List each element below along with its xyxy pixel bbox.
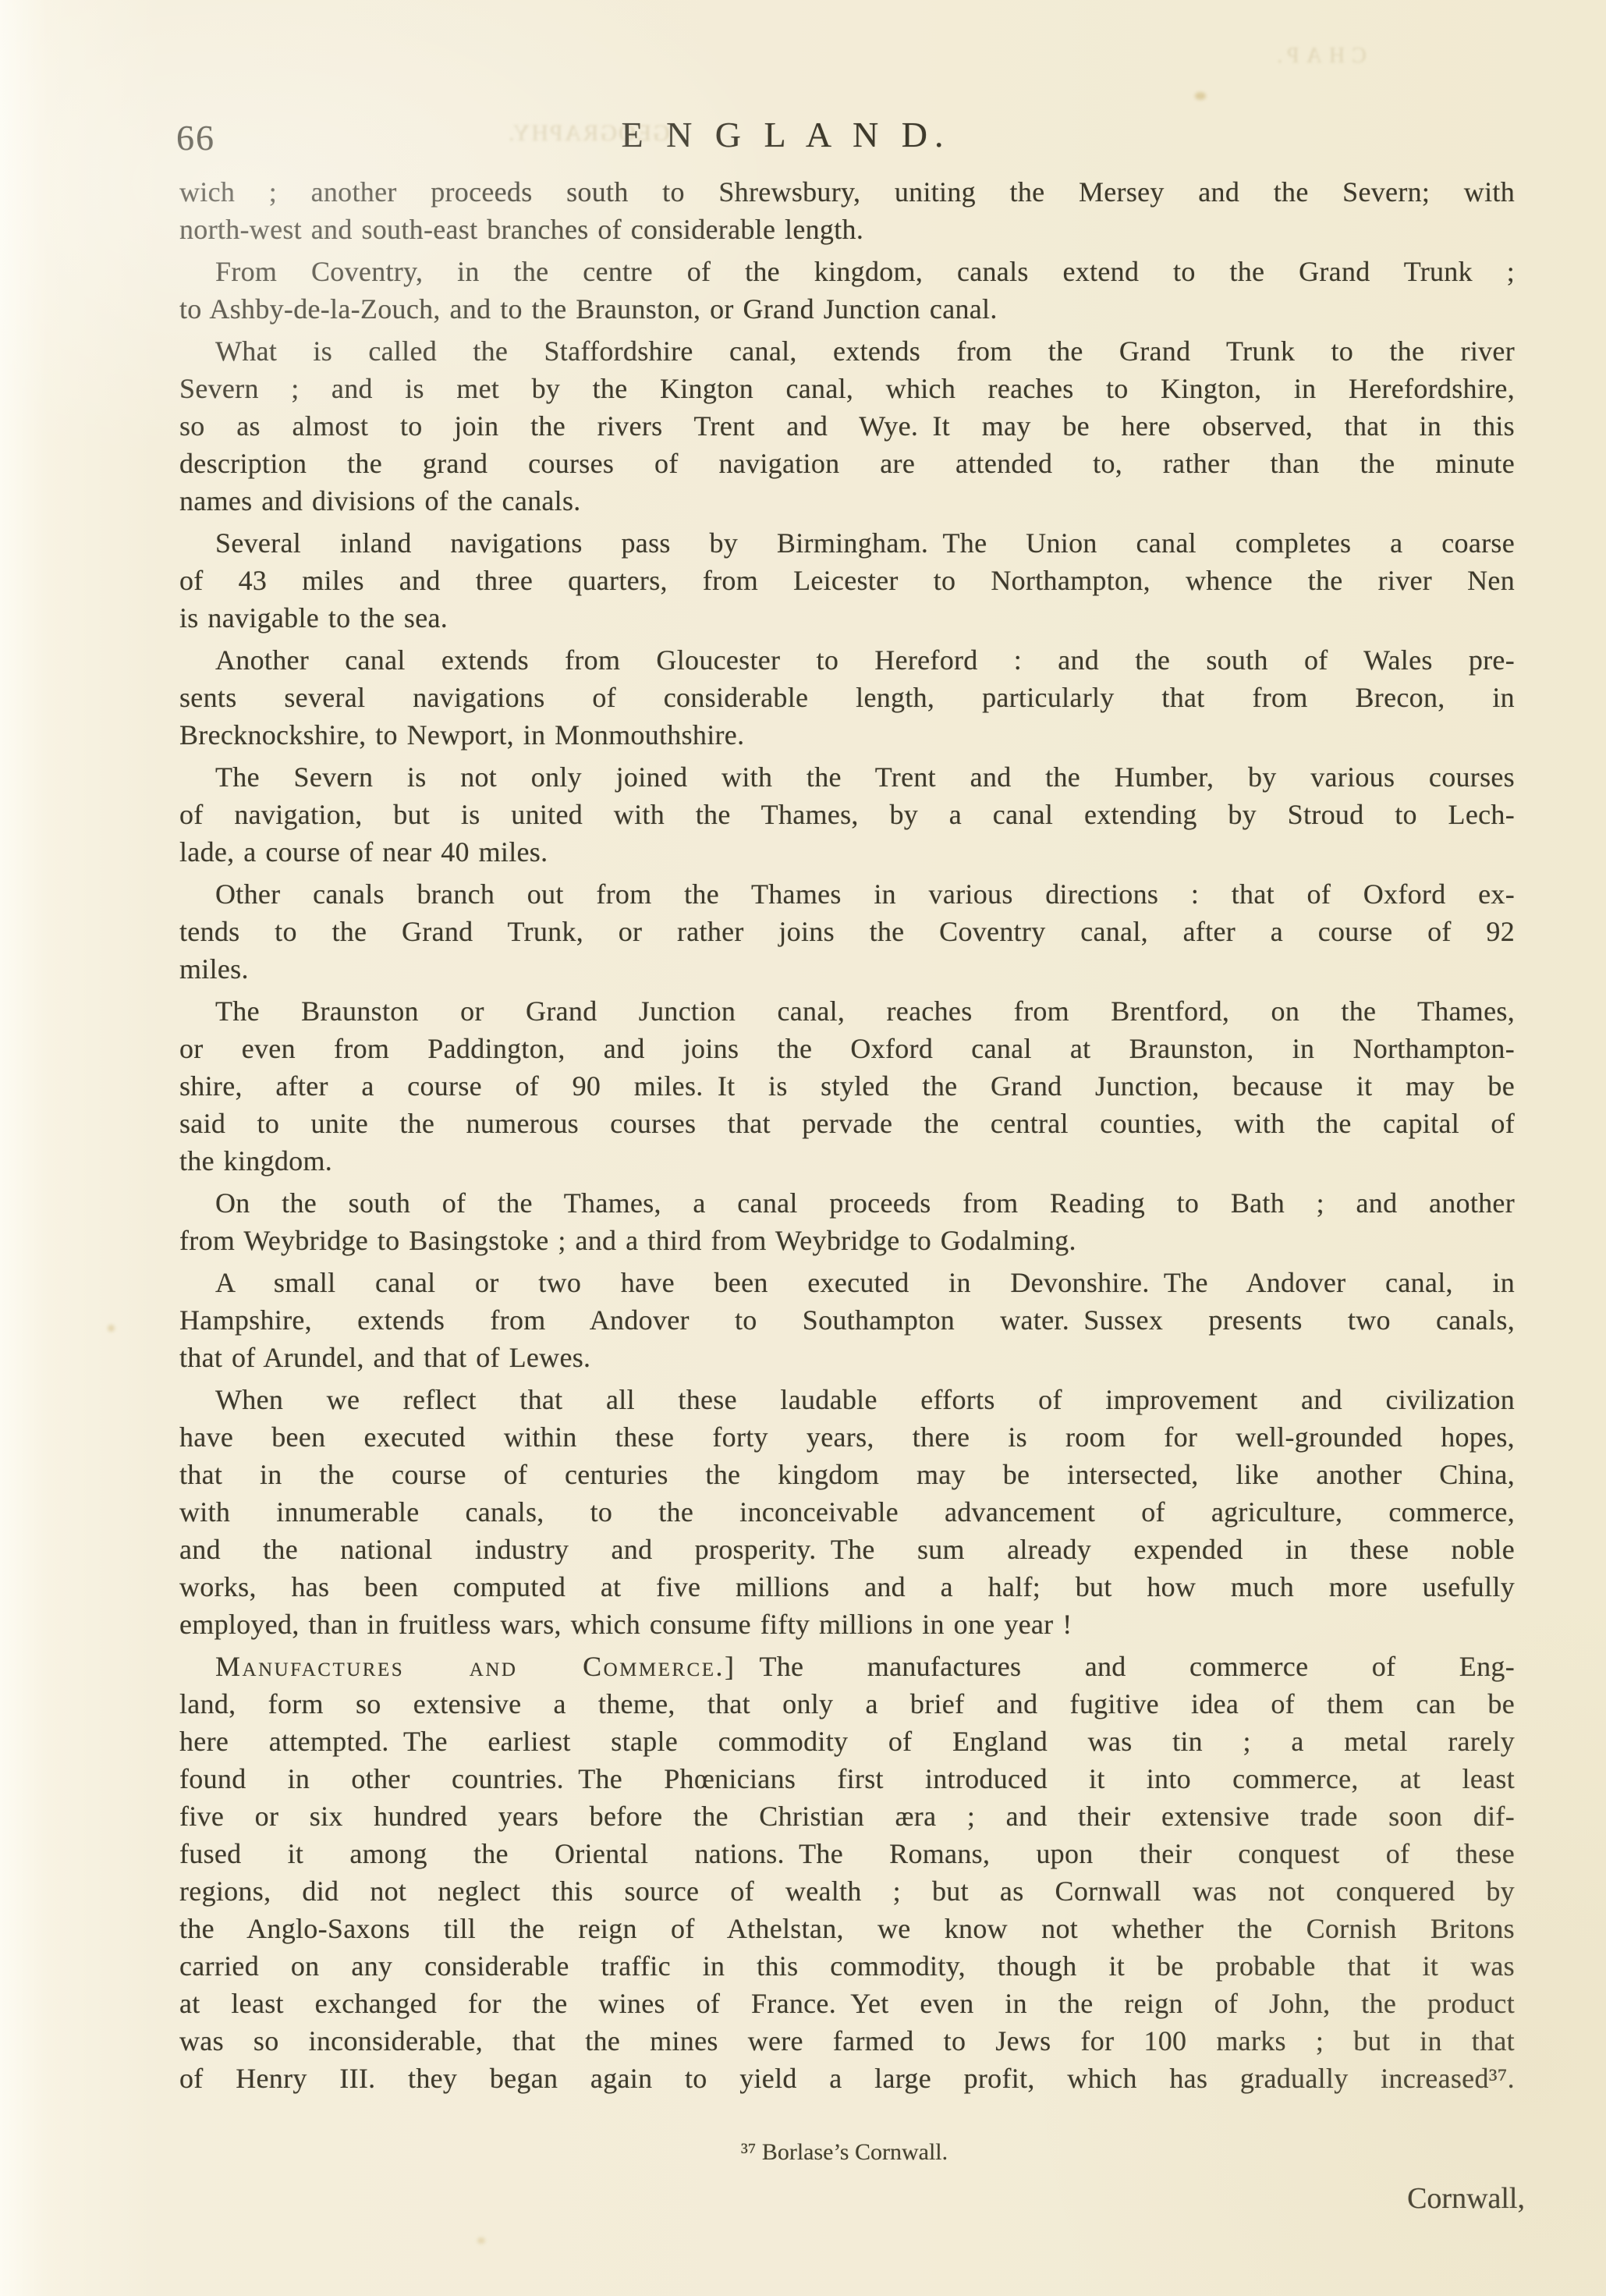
text-line: A small canal or two have been executed … bbox=[179, 1264, 1515, 1301]
page-body: wich ; another proceeds south to Shrewsb… bbox=[179, 173, 1515, 2102]
text-line: sents several navigations of considerabl… bbox=[179, 679, 1515, 716]
bleedthrough-text: CHAP. bbox=[1115, 44, 1521, 69]
text-line: of Henry III. they began again to yield … bbox=[179, 2060, 1515, 2097]
text-line: fused it among the Oriental nations. The… bbox=[179, 1835, 1515, 1872]
footnote: ³⁷ Borlase’s Cornwall. bbox=[0, 2139, 1606, 2166]
text-line: here attempted. The earliest staple comm… bbox=[179, 1723, 1515, 1760]
text-line: works, has been computed at five million… bbox=[179, 1568, 1515, 1606]
text-line: From Coventry, in the centre of the king… bbox=[179, 253, 1515, 290]
text-line: Severn ; and is met by the Kington canal… bbox=[179, 370, 1515, 407]
running-title: E N G L A N D. bbox=[621, 115, 950, 154]
text-line: Brecknockshire, to Newport, in Monmouths… bbox=[179, 716, 1515, 754]
text-line: employed, than in fruitless wars, which … bbox=[179, 1606, 1515, 1643]
text-line: from Weybridge to Basingstoke ; and a th… bbox=[179, 1222, 1515, 1259]
text-line: shire, after a course of 90 miles. It is… bbox=[179, 1067, 1515, 1105]
text-line: or even from Paddington, and joins the O… bbox=[179, 1030, 1515, 1067]
text-line: north-west and south-east branches of co… bbox=[179, 211, 1515, 248]
text-line: was so inconsiderable, that the mines we… bbox=[179, 2022, 1515, 2060]
text-line: Other canals branch out from the Thames … bbox=[179, 875, 1515, 913]
paragraph: A small canal or two have been executed … bbox=[179, 1264, 1515, 1376]
paragraph: Several inland navigations pass by Birmi… bbox=[179, 524, 1515, 637]
text-line: Manufactures and Commerce.]The manufactu… bbox=[179, 1648, 1515, 1685]
text-line: The Severn is not only joined with the T… bbox=[179, 758, 1515, 796]
text-line: carried on any considerable traffic in t… bbox=[179, 1947, 1515, 1985]
text-line: is navigable to the sea. bbox=[179, 599, 1515, 637]
text-line: found in other countries. The Phœnicians… bbox=[179, 1760, 1515, 1797]
text-line: miles. bbox=[179, 950, 1515, 988]
text-line: description the grand courses of navigat… bbox=[179, 445, 1515, 482]
paragraph: The Braunston or Grand Junction canal, r… bbox=[179, 992, 1515, 1180]
text-line: that of Arundel, and that of Lewes. bbox=[179, 1339, 1515, 1376]
text-line: On the south of the Thames, a canal proc… bbox=[179, 1184, 1515, 1222]
text-line: The Braunston or Grand Junction canal, r… bbox=[179, 992, 1515, 1030]
paragraph: wich ; another proceeds south to Shrewsb… bbox=[179, 173, 1515, 248]
text-line: of navigation, but is united with the Th… bbox=[179, 796, 1515, 833]
text-line: When we reflect that all these laudable … bbox=[179, 1381, 1515, 1418]
text-line: names and divisions of the canals. bbox=[179, 482, 1515, 520]
paragraph: What is called the Staffordshire canal, … bbox=[179, 332, 1515, 520]
text-run: The manufactures and commerce of Eng- bbox=[759, 1651, 1515, 1682]
paper-spot bbox=[108, 1325, 115, 1332]
text-line: that in the course of centuries the king… bbox=[179, 1456, 1515, 1493]
running-title-row: E N G L A N D. bbox=[0, 114, 1606, 155]
text-line: the kingdom. bbox=[179, 1142, 1515, 1180]
text-line: Another canal extends from Gloucester to… bbox=[179, 641, 1515, 679]
text-line: Several inland navigations pass by Birmi… bbox=[179, 524, 1515, 562]
catchword: Cornwall, bbox=[1407, 2181, 1525, 2216]
text-line: What is called the Staffordshire canal, … bbox=[179, 332, 1515, 370]
text-line: wich ; another proceeds south to Shrewsb… bbox=[179, 173, 1515, 211]
paragraph: The Severn is not only joined with the T… bbox=[179, 758, 1515, 871]
text-line: the Anglo-Saxons till the reign of Athel… bbox=[179, 1910, 1515, 1947]
text-line: and the national industry and prosperity… bbox=[179, 1531, 1515, 1568]
scanned-book-page: GEOGRAPHY. CHAP. 66 E N G L A N D. wich … bbox=[0, 0, 1606, 2296]
text-line: of 43 miles and three quarters, from Lei… bbox=[179, 562, 1515, 599]
text-line: have been executed within these forty ye… bbox=[179, 1418, 1515, 1456]
text-line: five or six hundred years before the Chr… bbox=[179, 1797, 1515, 1835]
paragraph: When we reflect that all these laudable … bbox=[179, 1381, 1515, 1643]
text-line: tends to the Grand Trunk, or rather join… bbox=[179, 913, 1515, 950]
paragraph: On the south of the Thames, a canal proc… bbox=[179, 1184, 1515, 1259]
section-heading: Manufactures and Commerce.] bbox=[215, 1651, 736, 1682]
text-line: with innumerable canals, to the inconcei… bbox=[179, 1493, 1515, 1531]
text-line: regions, did not neglect this source of … bbox=[179, 1872, 1515, 1910]
text-line: so as almost to join the rivers Trent an… bbox=[179, 407, 1515, 445]
text-line: at least exchanged for the wines of Fran… bbox=[179, 1985, 1515, 2022]
text-line: said to unite the numerous courses that … bbox=[179, 1105, 1515, 1142]
text-line: to Ashby-de-la-Zouch, and to the Braunst… bbox=[179, 290, 1515, 328]
paragraph: Other canals branch out from the Thames … bbox=[179, 875, 1515, 988]
text-line: land, form so extensive a theme, that on… bbox=[179, 1685, 1515, 1723]
paper-spot bbox=[477, 2237, 485, 2244]
paragraph: From Coventry, in the centre of the king… bbox=[179, 253, 1515, 328]
text-line: lade, a course of near 40 miles. bbox=[179, 833, 1515, 871]
text-line: Hampshire, extends from Andover to South… bbox=[179, 1301, 1515, 1339]
paragraph: Manufactures and Commerce.]The manufactu… bbox=[179, 1648, 1515, 2097]
paragraph: Another canal extends from Gloucester to… bbox=[179, 641, 1515, 754]
paper-spot bbox=[1195, 92, 1206, 100]
